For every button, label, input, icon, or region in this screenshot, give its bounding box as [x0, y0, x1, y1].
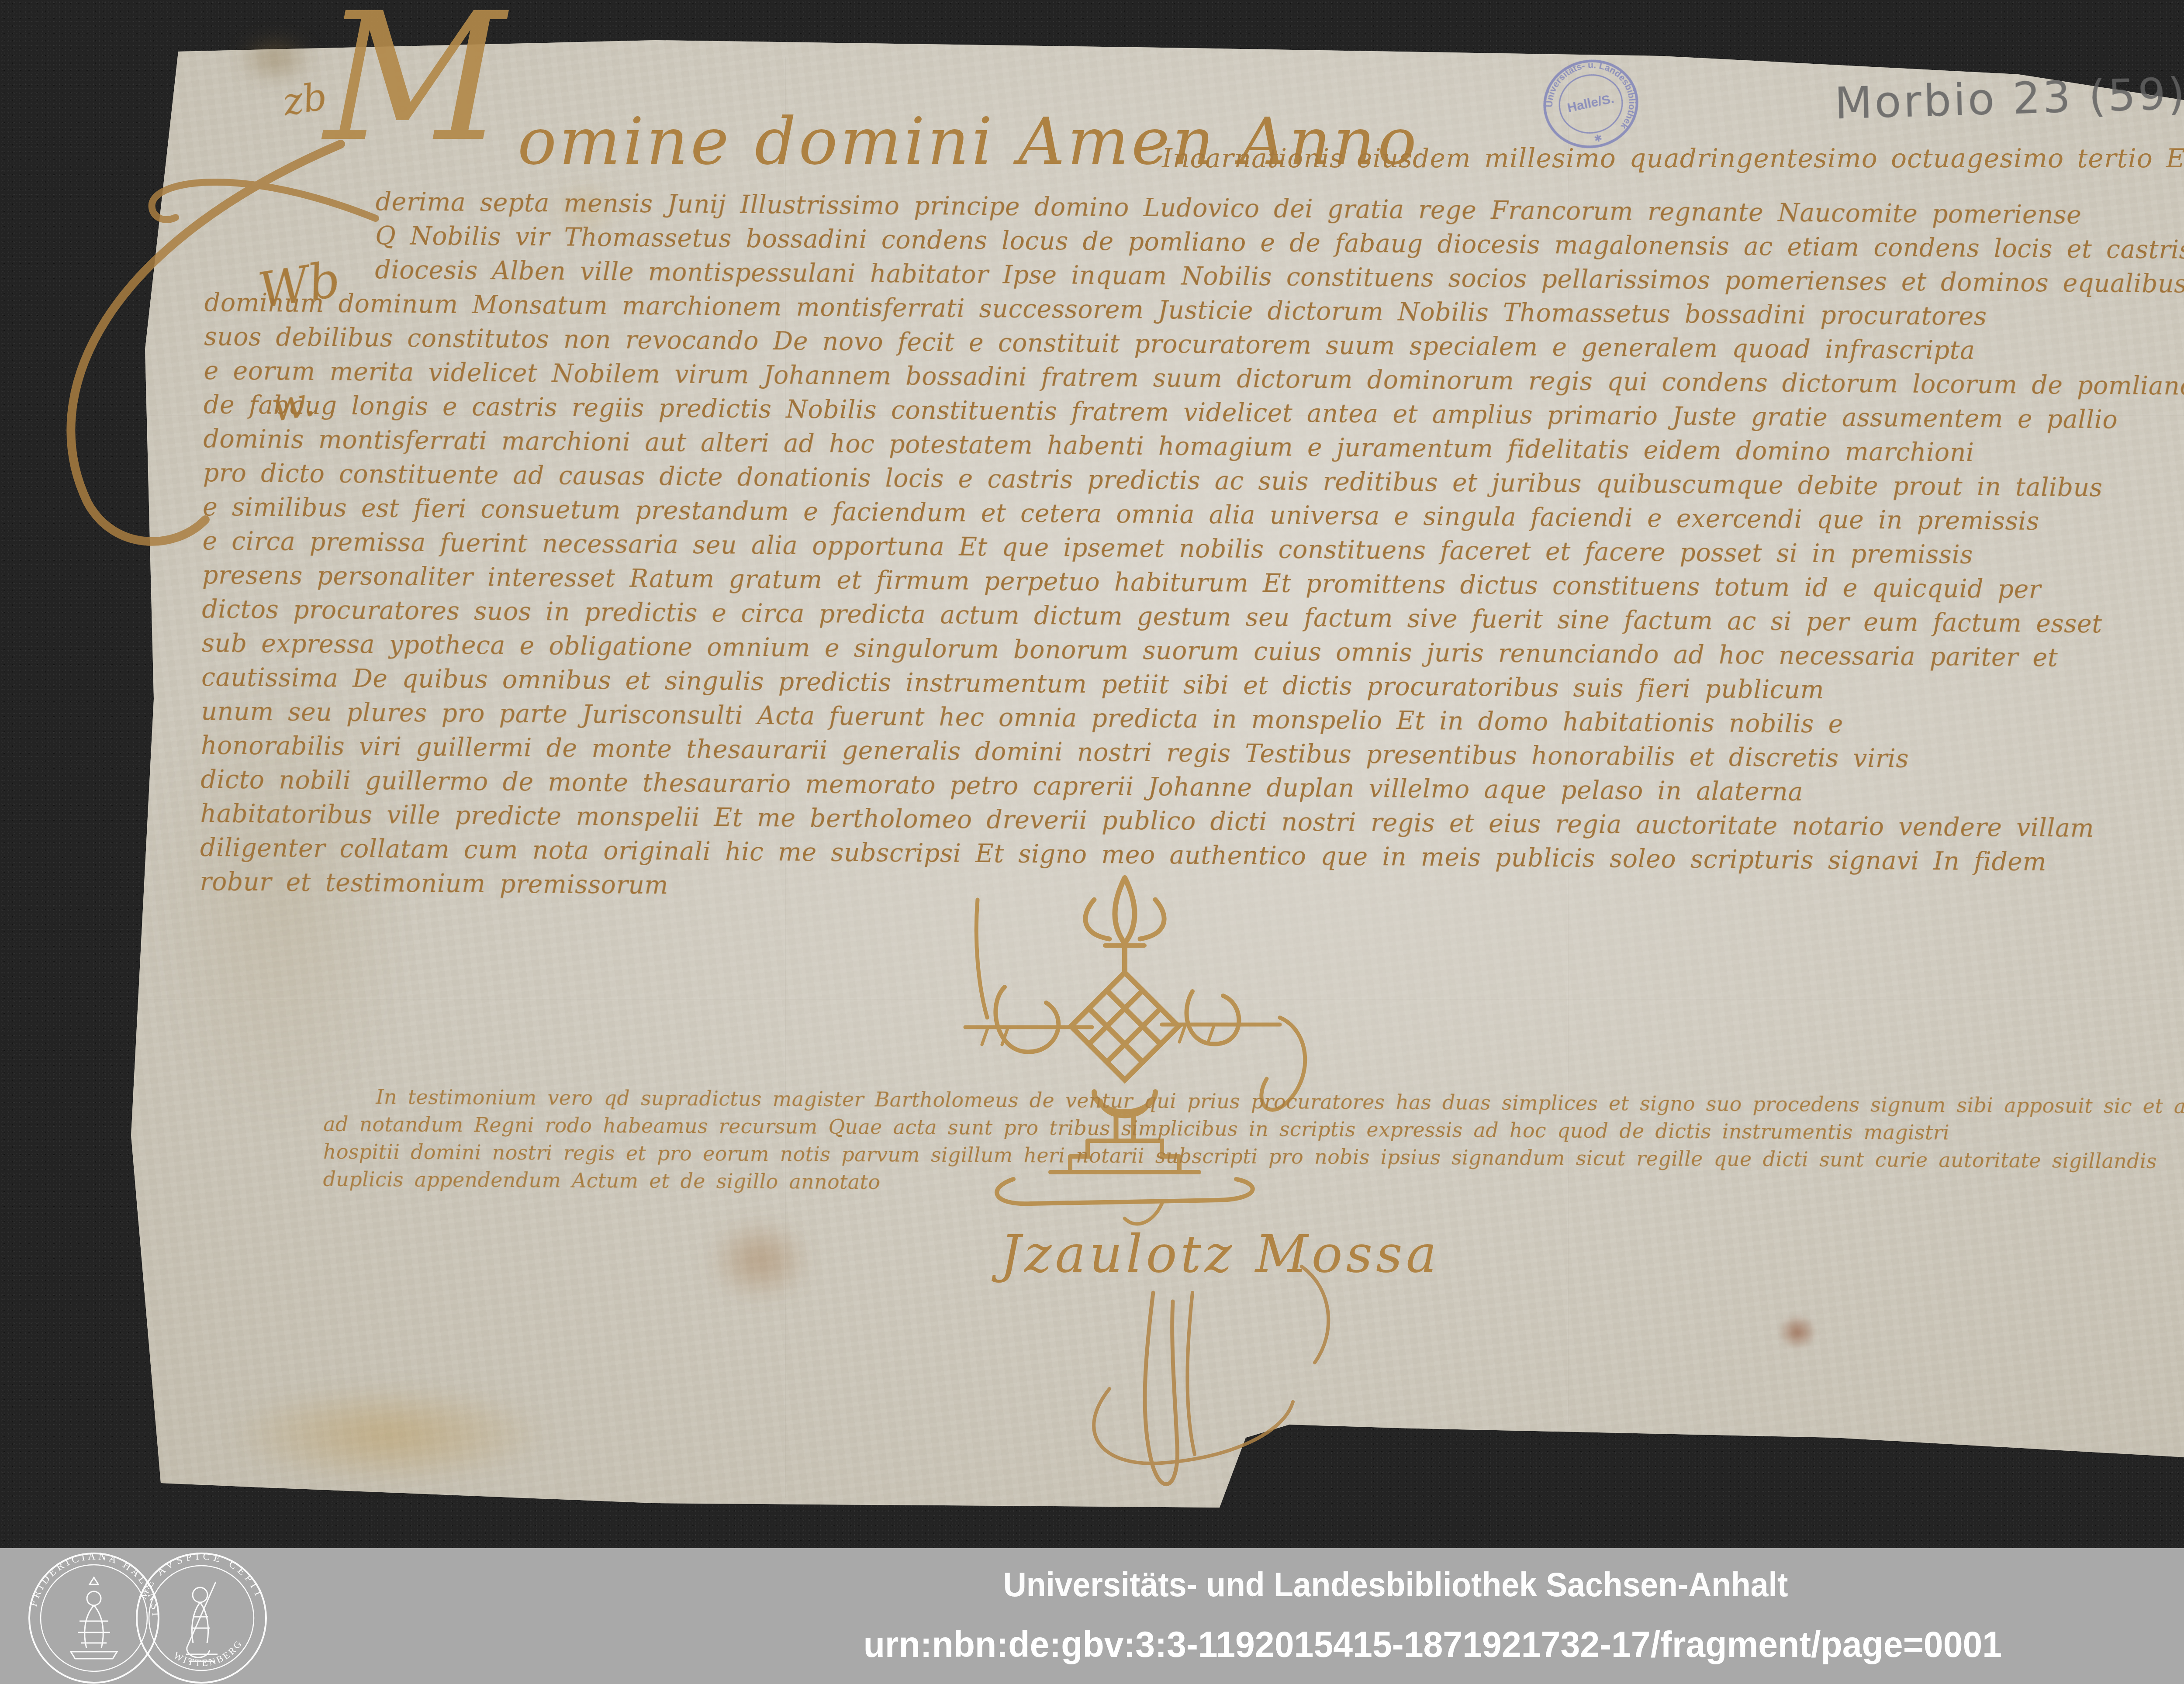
seal-ring-text: ME AVSPICE CEPIT: [138, 1551, 266, 1601]
illuminated-initial: M: [324, 0, 505, 181]
margin-mark: zb: [280, 75, 330, 124]
pencil-shelfmark: Morbio 23 (59): [1834, 69, 2167, 129]
stamp-center-text: Halle/S.: [1566, 91, 1615, 115]
stamp-star: ✱: [1593, 132, 1603, 145]
library-name: Universitäts- und Landesbibliothek Sachs…: [1003, 1565, 1788, 1605]
manuscript-attestation: In testimonium vero qd supradictus magis…: [323, 1083, 2184, 1204]
manuscript-body: derima septa mensis Junij Illustrissimo …: [200, 183, 2184, 915]
urn-identifier: urn:nbn:de:gbv:3:3-1192015415-1871921732…: [864, 1623, 2002, 1666]
svg-text:ME AVSPICE CEPIT: ME AVSPICE CEPIT: [138, 1551, 266, 1601]
scan-viewer: zb Wb w. M omine domini Amen Anno Incarn…: [0, 0, 2184, 1684]
opening-continuation: Incarnationis eiusdem millesimo quadring…: [1162, 143, 2184, 174]
notary-signature: Jzaulotz Mossa: [1000, 1224, 1440, 1284]
university-seal-wittenberg: ME AVSPICE CEPIT WITTENBERG: [135, 1551, 268, 1684]
footer-bar: FRIDERICIANA HALENSIS ME AVSPICE CEPIT W…: [0, 1548, 2184, 1684]
